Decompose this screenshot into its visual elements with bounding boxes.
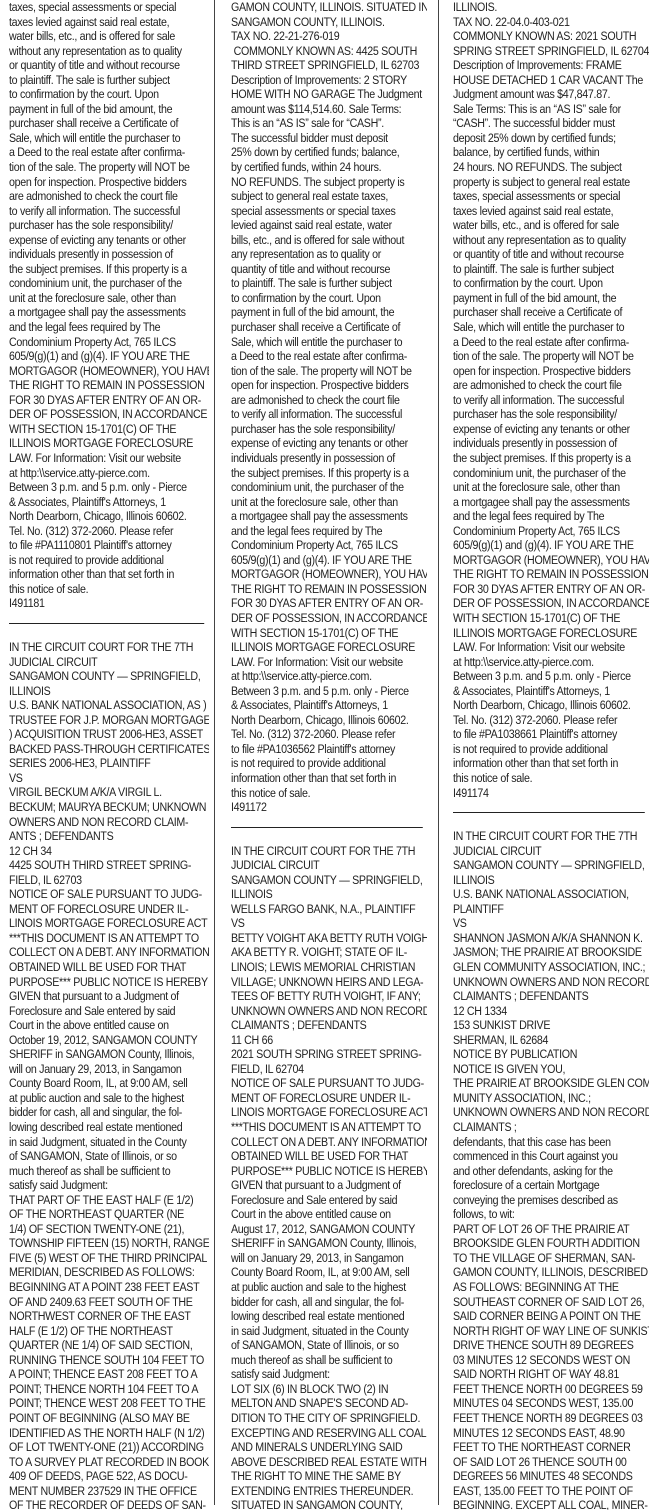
notice-line: BETTY VOIGHT AKA BETTY RUTH VOIGHT [231,931,427,946]
notice-line: in said Judgment, situated in the County [231,1324,427,1339]
notice-line: Between 3 p.m. and 5 p.m. only - Pierce [453,669,649,684]
notice-line: and the legal fees required by The [453,509,649,524]
notice-line: 2021 SOUTH SPRING STREET SPRING- [231,1047,427,1062]
column-3: ILLINOIS.TAX NO. 22-04.0-403-021COMMONLY… [453,0,649,1510]
notice-line: County Board Room, IL, at 9:00 AM, sell [9,1076,209,1091]
notice-line: TOWNSHIP FIFTEEN (15) NORTH, RANGE [9,1236,209,1251]
notice-line: lowing described real estate mentioned [9,1120,209,1135]
notice-line: ILLINOIS MORTGAGE FORECLOSURE [9,436,209,451]
notice-line: RUNNING THENCE SOUTH 104 FEET TO [9,1353,209,1368]
notice-line: LAW. For Information: Visit our website [9,451,209,466]
notice-line: COLLECT ON A DEBT. ANY INFORMATION [231,1135,427,1150]
notice-line: MENT OF FORECLOSURE UNDER IL- [231,1091,427,1106]
notice-line: Sale, which will entitle the purchaser t… [9,131,209,146]
notice-line: PLAINTIFF [453,902,649,917]
notice-line: JUDICIAL CIRCUIT [9,655,209,670]
notice-line: is not required to provide additional [231,756,427,771]
notice-line: much thereof as shall be sufficient to [9,1164,209,1179]
notice-line: to plaintiff. The sale is further subjec… [231,276,427,291]
notice-line: QUARTER (NE 1/4) OF SAID SECTION, [9,1338,209,1353]
notice-line: satisfy said Judgment: [9,1178,209,1193]
notice-line: This is an “AS IS” sale for “CASH”. [231,116,427,131]
notice-line: SHERMAN, IL 62684 [453,1033,649,1048]
notice-line: SITUATED IN SANGAMON COUNTY, [231,1498,427,1510]
notice-line: North Dearborn, Chicago, Illinois 60602. [9,509,209,524]
notice-line: by certified funds, within 24 hours. [231,160,427,175]
notice-text-block: IN THE CIRCUIT COURT FOR THE 7THJUDICIAL… [453,829,649,1510]
notice-line: unit at the foreclosure sale, other than [9,291,209,306]
notice-line: and the legal fees required by The [9,320,209,335]
notice-line: ) ACQUISITION TRUST 2006-HE3, ASSET [9,727,209,742]
column-2: GAMON COUNTY, ILLINOIS. SITUATED INSANGA… [231,0,427,1510]
notice-line: purchaser shall receive a Certificate of [453,305,649,320]
notice-line: AND MINERALS UNDERLYING SAID [231,1440,427,1455]
notice-line: August 17, 2012, SANGAMON COUNTY [231,1222,427,1237]
notice-line: ILLINOIS [231,887,427,902]
notice-line: OBTAINED WILL BE USED FOR THAT [231,1149,427,1164]
notice-line: individuals presently in possession of [453,436,649,451]
notice-line: MUNITY ASSOCIATION, INC.; [453,1091,649,1106]
notice-line: MENT OF FORECLOSURE UNDER IL- [9,902,209,917]
notice-line: SAID CORNER BEING A POINT ON THE [453,1309,649,1324]
notice-line: CLAIMANTS ; DEFENDANTS [453,989,649,1004]
notice-line: a mortgagee shall pay the assessments [453,495,649,510]
notice-line: I491172 [231,800,427,815]
notice-line: I491174 [453,786,649,801]
legal-notices-page: taxes, special assessments or specialtax… [0,0,652,1510]
notice-line: a Deed to the real estate after confirma… [231,349,427,364]
notice-line: LAW. For Information: Visit our website [453,640,649,655]
notice-line: VS [231,916,427,931]
notice-line: JUDICIAL CIRCUIT [453,844,649,859]
notice-line: SANGAMON COUNTY — SPRINGFIELD, [453,858,649,873]
notice-line: POINT; THENCE WEST 208 FEET TO THE [9,1396,209,1411]
notice-line: DER OF POSSESSION, IN ACCORDANCE [9,407,209,422]
notice-line: ***THIS DOCUMENT IS AN ATTEMPT TO [231,1120,427,1135]
notice-line: & Associates, Plaintiff's Attorneys, 1 [453,684,649,699]
notice-line: SHANNON JASMON A/K/A SHANNON K. [453,931,649,946]
notice-line: levied against said real estate, water [231,218,427,233]
notice-line: payment in full of the bid amount, the [231,305,427,320]
notice-line: JASMON; THE PRAIRIE AT BROOKSIDE [453,945,649,960]
notice-line: Tel. No. (312) 372-2060. Please refer [231,727,427,742]
notice-line: open for inspection. Prospective bidders [453,364,649,379]
notice-line: a Deed to the real estate after confirma… [9,145,209,160]
notice-line: DER OF POSSESSION, IN ACCORDANCE [453,596,649,611]
notice-line: are admonished to check the court file [231,393,427,408]
notice-line: NOTICE OF SALE PURSUANT TO JUDG- [231,1076,427,1091]
notice-line: LINOIS; LEWIS MEMORIAL CHRISTIAN [231,960,427,975]
notice-line: open for inspection. Prospective bidders [231,378,427,393]
notice-line: taxes levied against said real estate, [9,15,209,30]
notice-line: BROOKSIDE GLEN FOURTH ADDITION [453,1236,649,1251]
notice-line: at public auction and sale to the highes… [9,1091,209,1106]
notice-line: expense of evicting any tenants or other [231,436,427,451]
notice-line: THE RIGHT TO REMAIN IN POSSESSION [231,582,427,597]
notice-line: this notice of sale. [9,582,209,597]
notice-line: to file #PA1038661 Plaintiff's attorney [453,727,649,742]
notice-line: commenced in this Court against you [453,1149,649,1164]
notice-line: U.S. BANK NATIONAL ASSOCIATION, AS ) [9,698,209,713]
notice-line: “CASH”. The successful bidder must [453,116,649,131]
notice-line: VS [9,771,209,786]
notice-line: SANGAMON COUNTY — SPRINGFIELD, [9,669,209,684]
notice-line: Between 3 p.m. and 5 p.m. only - Pierce [9,480,209,495]
notice-line: Tel. No. (312) 372-2060. Please refer [453,713,649,728]
notice-line: Sale, which will entitle the purchaser t… [453,320,649,335]
notice-line: The successful bidder must deposit [231,131,427,146]
notice-line: of SANGAMON, State of Illinois, or so [9,1149,209,1164]
notice-line: much thereof as shall be sufficient to [231,1353,427,1368]
notice-line: THE RIGHT TO MINE THE SAME BY [231,1469,427,1484]
notice-line: information other than that set forth in [9,567,209,582]
notice-line: ANTS ; DEFENDANTS [9,829,209,844]
notice-line: AS FOLLOWS: BEGINNING AT THE [453,1280,649,1295]
notice-line: to plaintiff. The sale is further subjec… [453,262,649,277]
notice-line: to file #PA1110801 Plaintiff's attorney [9,538,209,553]
notice-line: this notice of sale. [453,771,649,786]
notice-line: MORTGAGOR (HOMEOWNER), YOU HAVE [231,567,427,582]
notice-line: 605/9(g)(1) and (g)(4). IF YOU ARE THE [453,538,649,553]
notice-line: at public auction and sale to the highes… [231,1280,427,1295]
notice-line: TO THE VILLAGE OF SHERMAN, SAN- [453,1251,649,1266]
notice-line: payment in full of the bid amount, the [453,291,649,306]
notice-line: SPRING STREET SPRINGFIELD, IL 62704 [453,44,649,59]
notice-line: & Associates, Plaintiff's Attorneys, 1 [231,698,427,713]
notice-line: EXTENDING ENTRIES THEREUNDER. [231,1484,427,1499]
notice-line: bidder for cash, all and singular, the f… [9,1105,209,1120]
notice-line: the subject premises. If this property i… [453,451,649,466]
notice-line: TO A SURVEY PLAT RECORDED IN BOOK [9,1455,209,1470]
notice-text-block: GAMON COUNTY, ILLINOIS. SITUATED INSANGA… [231,0,427,815]
notice-line: GAMON COUNTY, ILLINOIS, DESCRIBED [453,1265,649,1280]
notice-line: purchaser shall receive a Certificate of [231,320,427,335]
notice-line: FIVE (5) WEST OF THE THIRD PRINCIPAL [9,1251,209,1266]
notice-line: bills, etc., and is offered for sale wit… [231,233,427,248]
notice-line: a mortgagee shall pay the assessments [231,509,427,524]
notice-line: PART OF LOT 26 OF THE PRAIRIE AT [453,1222,649,1237]
notice-line: Foreclosure and Sale entered by said [231,1193,427,1208]
notice-line: VIRGIL BECKUM A/K/A VIRGIL L. [9,785,209,800]
notice-line: UNKNOWN OWNERS AND NON RECORD [231,1004,427,1019]
notice-line: SERIES 2006-HE3, PLAINTIFF [9,756,209,771]
notice-line: a mortgagee shall pay the assessments [9,305,209,320]
notice-line: BECKUM; MAURYA BECKUM; UNKNOWN [9,800,209,815]
notice-line: 409 OF DEEDS, PAGE 522, AS DOCU- [9,1469,209,1484]
notice-line: open for inspection. Prospective bidders [9,175,209,190]
notice-line: October 19, 2012, SANGAMON COUNTY [9,1033,209,1048]
notice-line: individuals presently in possession of [9,247,209,262]
notice-line: without any representation as to quality [9,44,209,59]
notice-line: expense of evicting any tenants or other [9,233,209,248]
notice-line: or quantity of title and without recours… [453,247,649,262]
notice-line: COMMONLY KNOWN AS: 2021 SOUTH [453,29,649,44]
notice-line: payment in full of the bid amount, the [9,102,209,117]
notice-line: VILLAGE; UNKNOWN HEIRS AND LEGA- [231,975,427,990]
notice-line: CLAIMANTS ; DEFENDANTS [231,1018,427,1033]
notice-line: OF THE NORTHEAST QUARTER (NE [9,1207,209,1222]
notice-line: OBTAINED WILL BE USED FOR THAT [9,960,209,975]
notice-line: WELLS FARGO BANK, N.A., PLAINTIFF [231,902,427,917]
notice-line: subject to general real estate taxes, [231,189,427,204]
notice-line: to verify all information. The successfu… [9,204,209,219]
notice-line: UNKNOWN OWNERS AND NON RECORD [453,1105,649,1120]
notice-line: EXCEPTING AND RESERVING ALL COAL [231,1426,427,1441]
notice-line: conveying the premises described as [453,1193,649,1208]
notice-line: a Deed to the real estate after confirma… [453,335,649,350]
notice-text-block: IN THE CIRCUIT COURT FOR THE 7THJUDICIAL… [231,844,427,1510]
notice-line: EAST, 135.00 FEET TO THE POINT OF [453,1484,649,1499]
notice-line: MENT NUMBER 237529 IN THE OFFICE [9,1484,209,1499]
notice-line: FEET TO THE NORTHEAST CORNER [453,1440,649,1455]
notice-text-block: ILLINOIS.TAX NO. 22-04.0-403-021COMMONLY… [453,0,649,800]
notice-line: at http:\\service.atty-pierce.com. [453,655,649,670]
notice-line: to verify all information. The successfu… [453,393,649,408]
notice-line: PURPOSE*** PUBLIC NOTICE IS HEREBY [9,975,209,990]
notice-line: tion of the sale. The property will NOT … [9,160,209,175]
notice-line: satisfy said Judgment: [231,1367,427,1382]
notice-line: MINUTES 12 SECONDS EAST, 48.90 [453,1426,649,1441]
notice-line: Sale Terms: This is an “AS IS” sale for [453,102,649,117]
notice-line: at http:\\service.atty-pierce.com. [231,669,427,684]
notice-line: OF SAID LOT 26 THENCE SOUTH 00 [453,1455,649,1470]
notice-line: GIVEN that pursuant to a Judgment of [9,989,209,1004]
notice-line: IN THE CIRCUIT COURT FOR THE 7TH [453,829,649,844]
notice-line: 12 CH 1334 [453,1004,649,1019]
notice-line: TAX NO. 22-04.0-403-021 [453,15,649,30]
notice-line: condominium unit, the purchaser of the [9,276,209,291]
notice-line: this notice of sale. [231,786,427,801]
notice-line: deposit 25% down by certified funds; [453,131,649,146]
notice-line: unit at the foreclosure sale, other than [231,495,427,510]
notice-line: to verify all information. The successfu… [231,407,427,422]
notice-line: 24 hours. NO REFUNDS. The subject [453,160,649,175]
notice-line: IN THE CIRCUIT COURT FOR THE 7TH [231,844,427,859]
notice-line: condominium unit, the purchaser of the [453,466,649,481]
notice-line: NOTICE OF SALE PURSUANT TO JUDG- [9,887,209,902]
notice-line: FIELD, IL 62703 [9,873,209,888]
column-divider [214,0,215,1505]
notice-line: COMMONLY KNOWN AS: 4425 SOUTH [231,44,427,59]
notice-line: to confirmation by the court. Upon [9,87,209,102]
notice-line: Between 3 p.m. and 5 p.m. only - Pierce [231,684,427,699]
notice-line: tion of the sale. The property will NOT … [231,364,427,379]
notice-line: water bills, etc., and is offered for sa… [9,29,209,44]
notice-line: Condominium Property Act, 765 ILCS [453,524,649,539]
notice-line: SOUTHEAST CORNER OF SAID LOT 26, [453,1295,649,1310]
notice-line: to file #PA1036562 Plaintiff's attorney [231,742,427,757]
notice-line: BACKED PASS-THROUGH CERTIFICATES, [9,742,209,757]
notice-line: information other than that set forth in [453,756,649,771]
notice-line: NOTICE BY PUBLICATION [453,1047,649,1062]
notice-line: Description of Improvements: FRAME [453,58,649,73]
notice-line: defendants, that this case has been [453,1135,649,1150]
notice-line: purchaser has the sole responsibility/ [453,407,649,422]
notice-line: THE RIGHT TO REMAIN IN POSSESSION [453,567,649,582]
notice-line: bidder for cash, all and singular, the f… [231,1295,427,1310]
notice-line: NO REFUNDS. The subject property is [231,175,427,190]
notice-line: LINOIS MORTGAGE FORECLOSURE ACT [9,916,209,931]
notice-line: Foreclosure and Sale entered by said [9,1004,209,1019]
notice-line: NOTICE IS GIVEN YOU, [453,1062,649,1077]
notice-line: special assessments or special taxes [231,204,427,219]
notice-line: TAX NO. 22-21-276-019 [231,29,427,44]
notice-line: SANGAMON COUNTY, ILLINOIS. [231,15,427,30]
notice-line: NORTH RIGHT OF WAY LINE OF SUNKIST [453,1324,649,1339]
notice-line: GLEN COMMUNITY ASSOCIATION, INC.; [453,960,649,975]
notice-line: Condominium Property Act, 765 ILCS [9,335,209,350]
notice-line: County Board Room, IL, at 9:00 AM, sell [231,1265,427,1280]
notice-line: I491181 [9,596,209,611]
notice-line: SHERIFF in SANGAMON County, Illinois, [231,1236,427,1251]
notice-line: Condominium Property Act, 765 ILCS [231,538,427,553]
notice-line: unit at the foreclosure sale, other than [453,480,649,495]
notice-line: of SANGAMON, State of Illinois, or so [231,1338,427,1353]
notice-line: THIRD STREET SPRINGFIELD, IL 62703 [231,58,427,73]
notice-line: SAID NORTH RIGHT OF WAY 48.81 [453,1367,649,1382]
notice-separator [9,623,205,624]
notice-line: FOR 30 DYAS AFTER ENTRY OF AN OR- [231,596,427,611]
notice-line: ILLINOIS [453,873,649,888]
notice-line: HOUSE DETACHED 1 CAR VACANT The [453,73,649,88]
notice-line: DEGREES 56 MINUTES 48 SECONDS [453,1469,649,1484]
notice-line: water bills, etc., and is offered for sa… [453,218,649,233]
notice-line: quantity of title and without recourse [231,262,427,277]
notice-line: North Dearborn, Chicago, Illinois 60602. [453,698,649,713]
notice-line: 11 CH 66 [231,1033,427,1048]
notice-line: or quantity of title and without recours… [9,58,209,73]
notice-line: FOR 30 DYAS AFTER ENTRY OF AN OR- [453,582,649,597]
notice-line: POINT; THENCE NORTH 104 FEET TO A [9,1382,209,1397]
notice-line: taxes, special assessments or special [9,0,209,15]
notice-line: at http:\\service.atty-pierce.com. [9,466,209,481]
notice-line: 03 MINUTES 12 SECONDS WEST ON [453,1353,649,1368]
notice-line: 605/9(g)(1) and (g)(4). IF YOU ARE THE [9,349,209,364]
notice-line: FEET THENCE NORTH 89 DEGREES 03 [453,1411,649,1426]
notice-line: North Dearborn, Chicago, Illinois 60602. [231,713,427,728]
notice-line: Description of Improvements: 2 STORY [231,73,427,88]
notice-line: balance, by certified funds, within [453,145,649,160]
notice-line: purchaser has the sole responsibility/ [9,218,209,233]
notice-line: 605/9(g)(1) and (g)(4). IF YOU ARE THE [231,553,427,568]
notice-line: IDENTIFIED AS THE NORTH HALF (N 1/2) [9,1426,209,1441]
notice-line: ILLINOIS. [453,0,649,15]
notice-line: WITH SECTION 15-1701(C) OF THE [231,626,427,641]
notice-line: in said Judgment, situated in the County [9,1135,209,1150]
notice-line: foreclosure of a certain Mortgage [453,1178,649,1193]
notice-line: Court in the above entitled cause on [9,1018,209,1033]
notice-line: the subject premises. If this property i… [9,262,209,277]
notice-line: property is subject to general real esta… [453,175,649,190]
notice-line: FOR 30 DYAS AFTER ENTRY OF AN OR- [9,393,209,408]
notice-line: ***THIS DOCUMENT IS AN ATTEMPT TO [9,931,209,946]
notice-line: 25% down by certified funds; balance, [231,145,427,160]
notice-line: any representation as to quality or [231,247,427,262]
notice-line: GIVEN that pursuant to a Judgment of [231,1178,427,1193]
notice-line: DRIVE THENCE SOUTH 89 DEGREES [453,1338,649,1353]
notice-line: & Associates, Plaintiff's Attorneys, 1 [9,495,209,510]
notice-line: individuals presently in possession of [231,451,427,466]
notice-line: CLAIMANTS ; [453,1120,649,1135]
notice-line: condominium unit, the purchaser of the [231,480,427,495]
notice-line: UNKNOWN OWNERS AND NON RECORD [453,975,649,990]
notice-line: MERIDIAN, DESCRIBED AS FOLLOWS: [9,1265,209,1280]
notice-line: POINT OF BEGINNING (ALSO MAY BE [9,1411,209,1426]
column-1: taxes, special assessments or specialtax… [9,0,209,1510]
notice-line: are admonished to check the court file [9,189,209,204]
notice-line: TEES OF BETTY RUTH VOIGHT, IF ANY; [231,989,427,1004]
notice-line: is not required to provide additional [9,553,209,568]
notice-line: purchaser has the sole responsibility/ [231,422,427,437]
notice-line: information other than that set forth in [231,771,427,786]
notice-line: lowing described real estate mentioned [231,1309,427,1324]
notice-line: and other defendants, asking for the [453,1164,649,1179]
notice-line: A POINT; THENCE EAST 208 FEET TO A [9,1367,209,1382]
notice-line: AKA BETTY R. VOIGHT; STATE OF IL- [231,945,427,960]
notice-line: PURPOSE*** PUBLIC NOTICE IS HEREBY [231,1164,427,1179]
notice-line: MELTON AND SNAPE'S SECOND AD- [231,1396,427,1411]
notice-line: NORTHWEST CORNER OF THE EAST [9,1309,209,1324]
notice-line: TRUSTEE FOR J.P. MORGAN MORTGAGE [9,713,209,728]
notice-line: to confirmation by the court. Upon [453,276,649,291]
notice-line: DITION TO THE CITY OF SPRINGFIELD. [231,1411,427,1426]
notice-line: 153 SUNKIST DRIVE [453,1018,649,1033]
notice-line: DER OF POSSESSION, IN ACCORDANCE [231,611,427,626]
notice-line: Sale, which will entitle the purchaser t… [231,335,427,350]
notice-line: SHERIFF in SANGAMON County, Illinois, [9,1047,209,1062]
notice-line: 4425 SOUTH THIRD STREET SPRING- [9,858,209,873]
notice-line: ABOVE DESCRIBED REAL ESTATE WITH [231,1455,427,1470]
notice-line: OF THE RECORDER OF DEEDS OF SAN- [9,1498,209,1510]
notice-line: 1/4) OF SECTION TWENTY-ONE (21), [9,1222,209,1237]
notice-line: BEGINNING AT A POINT 238 FEET EAST [9,1280,209,1295]
notice-line: 12 CH 34 [9,844,209,859]
notice-line: HOME WITH NO GARAGE The Judgment [231,87,427,102]
notice-line: Court in the above entitled cause on [231,1207,427,1222]
notice-line: follows, to wit: [453,1207,649,1222]
notice-separator [453,812,645,813]
notice-line: taxes levied against said real estate, [453,204,649,219]
notice-line: to confirmation by the court. Upon [231,291,427,306]
column-divider [438,0,439,1505]
notice-line: OF LOT TWENTY-ONE (21)) ACCORDING [9,1440,209,1455]
notice-line: OWNERS AND NON RECORD CLAIM- [9,815,209,830]
notice-line: the subject premises. If this property i… [231,466,427,481]
notice-line: ILLINOIS MORTGAGE FORECLOSURE [231,640,427,655]
notice-line: THE RIGHT TO REMAIN IN POSSESSION [9,378,209,393]
notice-line: will on January 29, 2013, in Sangamon [231,1251,427,1266]
notice-line: LAW. For Information: Visit our website [231,655,427,670]
notice-line: WITH SECTION 15-1701(C) OF THE [9,422,209,437]
notice-line: without any representation as to quality [453,233,649,248]
notice-line: taxes, special assessments or special [453,189,649,204]
notice-line: FEET THENCE NORTH 00 DEGREES 59 [453,1382,649,1397]
notice-line: are admonished to check the court file [453,378,649,393]
notice-line: IN THE CIRCUIT COURT FOR THE 7TH [9,640,209,655]
notice-separator [231,827,423,828]
notice-line: JUDICIAL CIRCUIT [231,858,427,873]
notice-line: is not required to provide additional [453,742,649,757]
notice-line: amount was $114,514.60. Sale Terms: [231,102,427,117]
notice-line: BEGINNING. EXCEPT ALL COAL, MINER- [453,1498,649,1510]
notice-line: COLLECT ON A DEBT. ANY INFORMATION [9,945,209,960]
notice-line: MORTGAGOR (HOMEOWNER), YOU HAVE [453,553,649,568]
notice-text-block: taxes, special assessments or specialtax… [9,0,209,611]
notice-line: tion of the sale. The property will NOT … [453,349,649,364]
notice-line: THAT PART OF THE EAST HALF (E 1/2) [9,1193,209,1208]
notice-line: THE PRAIRIE AT BROOKSIDE GLEN COM- [453,1076,649,1091]
notice-text-block: IN THE CIRCUIT COURT FOR THE 7THJUDICIAL… [9,640,209,1510]
